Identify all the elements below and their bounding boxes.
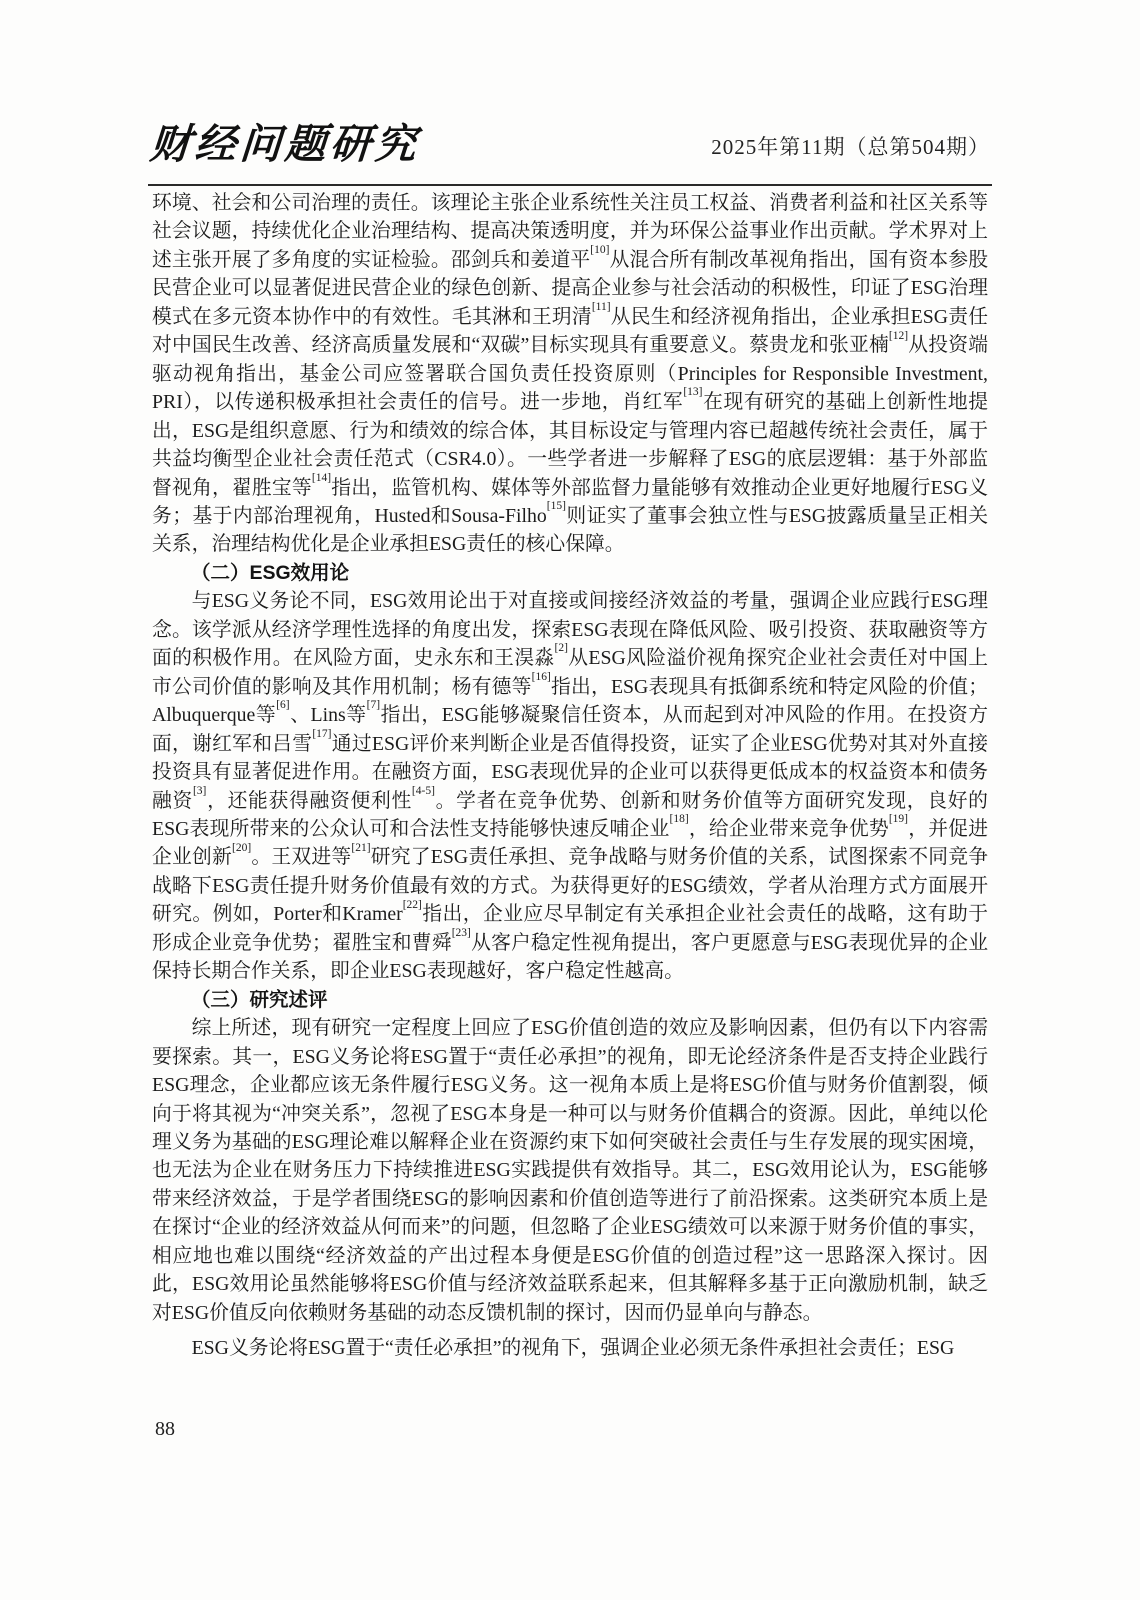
header-rule (148, 184, 992, 186)
citation-marker: [12] (889, 330, 908, 342)
page-header: 财经问题研究 2025年第11期（总第504期） (150, 122, 990, 167)
page-number: 88 (155, 1418, 175, 1440)
citation-marker: [14] (312, 472, 331, 484)
citation-marker: [3] (193, 785, 206, 797)
citation-marker: [16] (532, 671, 551, 683)
article-body: 环境、社会和公司治理的责任。该理论主张企业系统性关注员工权益、消费者利益和社区关… (152, 189, 988, 1363)
citation-marker: [21] (351, 842, 370, 854)
issue-info: 2025年第11期（总第504期） (711, 131, 990, 167)
page-footer: 88 (155, 1418, 175, 1441)
section-heading-research-review: （三）研究述评 (152, 986, 988, 1014)
citation-marker: [15] (547, 500, 566, 512)
journal-logo: 财经问题研究 (148, 122, 421, 167)
citation-marker: [22] (403, 899, 422, 911)
citation-marker: [18] (669, 813, 688, 825)
citation-marker: [7] (367, 699, 380, 711)
citation-marker: [4-5] (412, 785, 435, 797)
citation-marker: [2] (555, 642, 568, 654)
paragraph: ESG义务论将ESG置于“责任必承担”的视角下，强调企业必须无条件承担社会责任；… (152, 1334, 988, 1362)
citation-marker: [19] (889, 813, 908, 825)
section-heading-esg-utility: （二）ESG效用论 (152, 559, 988, 587)
citation-marker: [6] (276, 699, 289, 711)
citation-marker: [10] (590, 244, 609, 256)
citation-marker: [20] (232, 842, 251, 854)
paragraph-continued: 环境、社会和公司治理的责任。该理论主张企业系统性关注员工权益、消费者利益和社区关… (152, 189, 988, 559)
citation-marker: [11] (592, 301, 611, 313)
paragraph: 综上所述，现有研究一定程度上回应了ESG价值创造的效应及影响因素，但仍有以下内容… (152, 1014, 988, 1327)
citation-marker: [23] (452, 927, 471, 939)
citation-marker: [13] (683, 386, 702, 398)
journal-page: 财经问题研究 2025年第11期（总第504期） 环境、社会和公司治理的责任。该… (0, 0, 1140, 1600)
paragraph: 与ESG义务论不同，ESG效用论出于对直接或间接经济效益的考量，强调企业应践行E… (152, 587, 988, 985)
citation-marker: [17] (312, 728, 331, 740)
